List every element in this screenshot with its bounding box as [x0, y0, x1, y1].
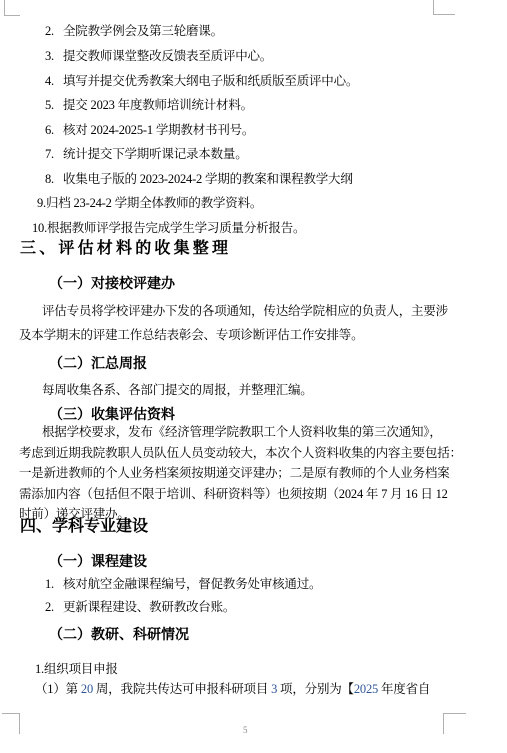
list-item-text: 全院教学例会及第三轮磨课。 — [63, 24, 223, 38]
list-item-number: 1. — [45, 577, 63, 591]
list-item: 7.统计提交下学期听课记录本数量。 — [45, 147, 248, 161]
list-item: 9.归档 23-24-2 学期全体教师的教学资料。 — [37, 196, 262, 210]
list-item-number: 4. — [45, 74, 63, 88]
list-item-text: 10.根据教师评学报告完成学生学习质量分析报告。 — [32, 221, 305, 235]
subsection-heading-course-construction: （一）课程建设 — [49, 554, 147, 569]
project-line-text: （1）第 — [35, 682, 81, 696]
list-item-text: 填写并提交优秀教案大纲电子版和纸质版至质评中心。 — [63, 74, 358, 88]
text-boundary-mark-top-right — [433, 0, 455, 15]
paragraph-line: 考虑到近期我院教职人员队伍人员变动较大，本次个人资料收集的内容主要包括： — [19, 446, 462, 460]
project-line-text: 周，我院共传达可申报科研项目 — [93, 682, 271, 696]
list-item-text: 9.归档 23-24-2 学期全体教师的教学资料。 — [37, 196, 262, 210]
list-item-text: 核对 2024-2025-1 学期教材书刊号。 — [63, 123, 254, 137]
project-year: 2025 — [354, 682, 378, 696]
list-item-number: 6. — [45, 123, 63, 137]
list-item: 4.填写并提交优秀教案大纲电子版和纸质版至质评中心。 — [45, 74, 358, 88]
list-item: 6.核对 2024-2025-1 学期教材书刊号。 — [45, 123, 254, 137]
document-page: 2.全院教学例会及第三轮磨课。 3.提交教师课堂整改反馈表至质评中心。 4.填写… — [0, 0, 507, 753]
list-item: 10.根据教师评学报告完成学生学习质量分析报告。 — [32, 221, 305, 235]
list-item-number: 8. — [45, 172, 63, 186]
paragraph-line: 需添加内容（包括但不限于培训、科研资料等）也须按期（2024 年 7 月 16 … — [19, 487, 448, 501]
paragraph-line: 根据学校要求，发布《经济管理学院教职工个人资料收集的第三次通知》， — [42, 425, 442, 439]
list-item-text: 统计提交下学期听课记录本数量。 — [63, 147, 248, 161]
project-line-text: 项，分别为【 — [277, 682, 354, 696]
list-item: 8.收集电子版的 2023-2024-2 学期的教案和课程教学大纲 — [45, 172, 353, 186]
list-item-number: 2. — [45, 600, 63, 614]
list-item: 2.更新课程建设、教研教改台账。 — [45, 600, 235, 614]
list-item-number: 5. — [45, 98, 63, 112]
list-item-text: 提交教师课堂整改反馈表至质评中心。 — [63, 49, 272, 63]
list-item-text: 收集电子版的 2023-2024-2 学期的教案和课程教学大纲 — [63, 172, 353, 186]
list-item: 2.全院教学例会及第三轮磨课。 — [45, 24, 223, 38]
list-item-text: 核对航空金融课程编号，督促教务处审核通过。 — [63, 577, 321, 591]
text-boundary-mark-bottom-left — [2, 713, 20, 734]
section-heading-discipline-construction: 四、学科专业建设 — [20, 518, 148, 535]
subsection-heading-collect-materials: （三）收集评估资料 — [49, 407, 175, 422]
list-item-text: 更新课程建设、教研教改台账。 — [63, 600, 235, 614]
paragraph-line: 一是新进教师的个人业务档案须按期递交评建办；二是原有教师的个人业务档案 — [19, 466, 450, 480]
subsection-heading-weekly-report: （二）汇总周报 — [49, 356, 147, 371]
week-number: 20 — [81, 682, 93, 696]
subsection-heading-research-status: （二）教研、科研情况 — [49, 627, 189, 642]
list-item-number: 7. — [45, 147, 63, 161]
paragraph-line: 及本学期末的评建工作总结表彰会、专项诊断评估工作安排等。 — [19, 328, 363, 342]
paragraph-line: 评估专员将学校评建办下发的各项通知，传达给学院相应的负责人，主要涉 — [42, 304, 448, 318]
project-report-line: （1）第 20 周，我院共传达可申报科研项目 3 项，分别为【2025 年度省自 — [35, 682, 430, 696]
paragraph-line: 每周收集各系、各部门提交的周报，并整理汇编。 — [42, 383, 313, 397]
project-line-text: 年度省自 — [378, 682, 430, 696]
section-heading-evaluation-materials: 三、评估材料的收集整理 — [20, 240, 231, 257]
list-item: 3.提交教师课堂整改反馈表至质评中心。 — [45, 49, 272, 63]
list-item-number: 2. — [45, 24, 63, 38]
list-item-text: 提交 2023 年度教师培训统计材料。 — [63, 98, 253, 112]
list-item: 5.提交 2023 年度教师培训统计材料。 — [45, 98, 253, 112]
page-number: 5 — [243, 725, 248, 735]
list-item: 1.核对航空金融课程编号，督促教务处审核通过。 — [45, 577, 321, 591]
subsection-heading-liaison-office: （一）对接校评建办 — [49, 276, 175, 291]
list-item-number: 3. — [45, 49, 63, 63]
text-boundary-mark-bottom-right — [443, 713, 466, 734]
paragraph-line: 1.组织项目申报 — [35, 662, 118, 676]
text-boundary-mark-top-left — [4, 0, 20, 16]
